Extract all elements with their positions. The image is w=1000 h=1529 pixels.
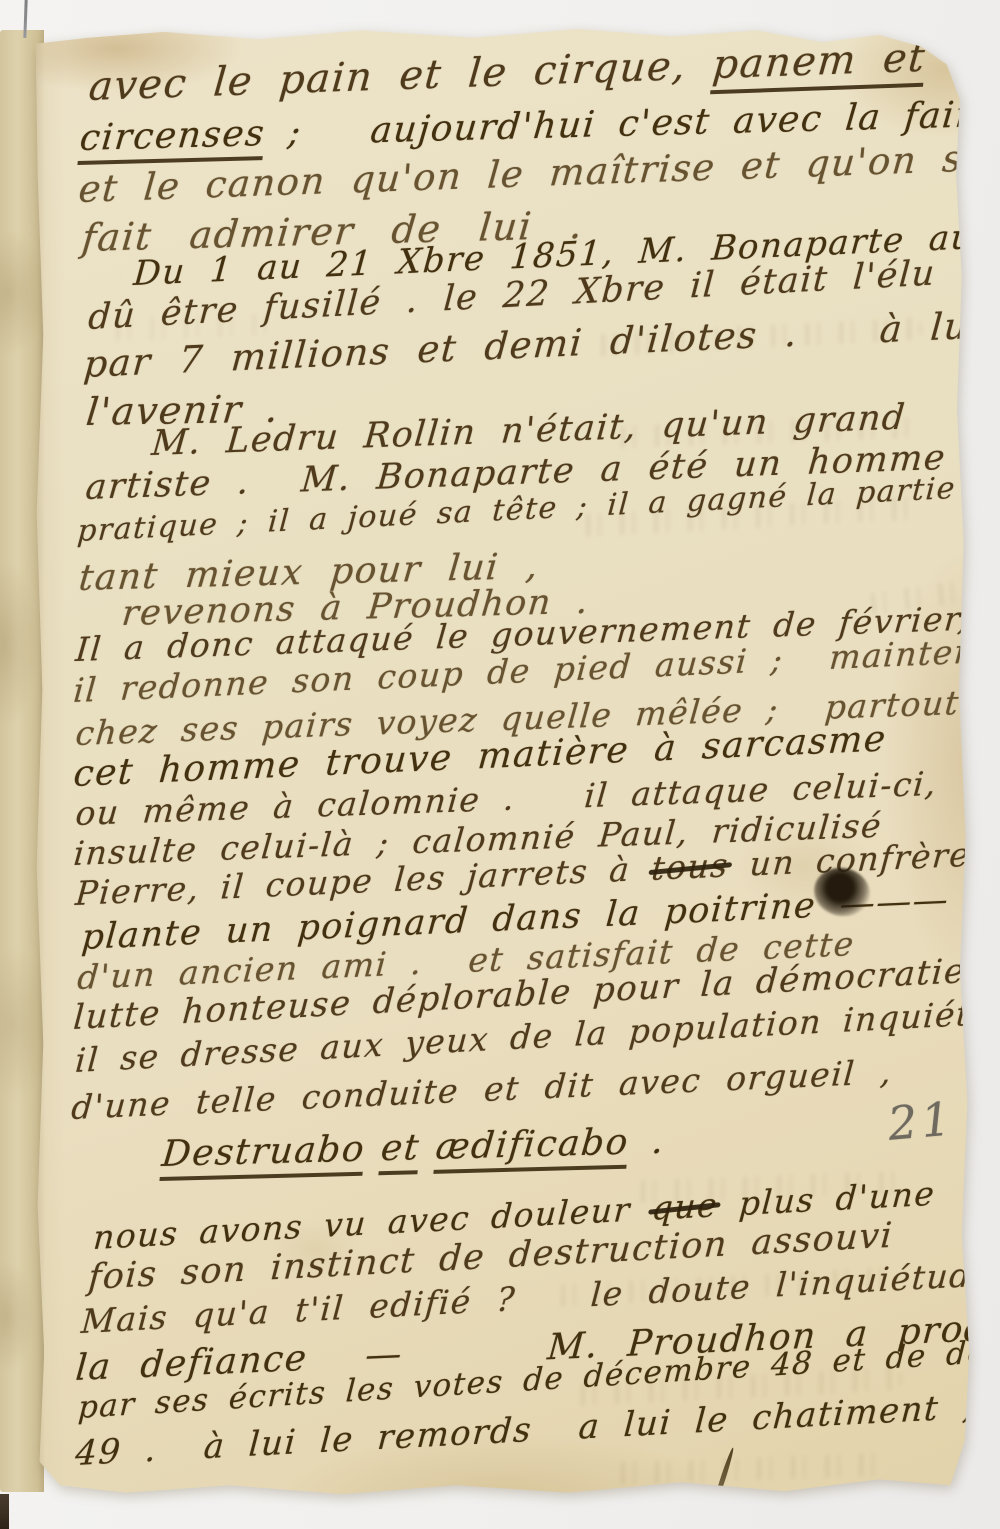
underlined-text: panem et — [710, 35, 928, 95]
underlined-text: Destruabo — [159, 1129, 367, 1181]
photo-background: avec le pain et le cirque, panem et circ… — [0, 0, 1000, 1529]
line-text: avec le pain et le cirque, — [87, 42, 715, 110]
underlined-text: circenses — [77, 113, 267, 165]
manuscript-page: avec le pain et le cirque, panem et circ… — [32, 26, 973, 1500]
struck-text: tous — [650, 845, 730, 888]
manuscript-line-motto: Destruaboetædificabo . — [160, 1121, 667, 1175]
bleed-through — [612, 1453, 893, 1485]
page-number: 21 — [886, 1091, 957, 1151]
paper-shadow-wrap: avec le pain et le cirque, panem et circ… — [0, 0, 1000, 1529]
struck-text: que — [650, 1185, 719, 1228]
underlined-text: et — [379, 1127, 422, 1175]
underlined-text: ædificabo — [433, 1122, 631, 1174]
line-text: . — [627, 1121, 667, 1163]
